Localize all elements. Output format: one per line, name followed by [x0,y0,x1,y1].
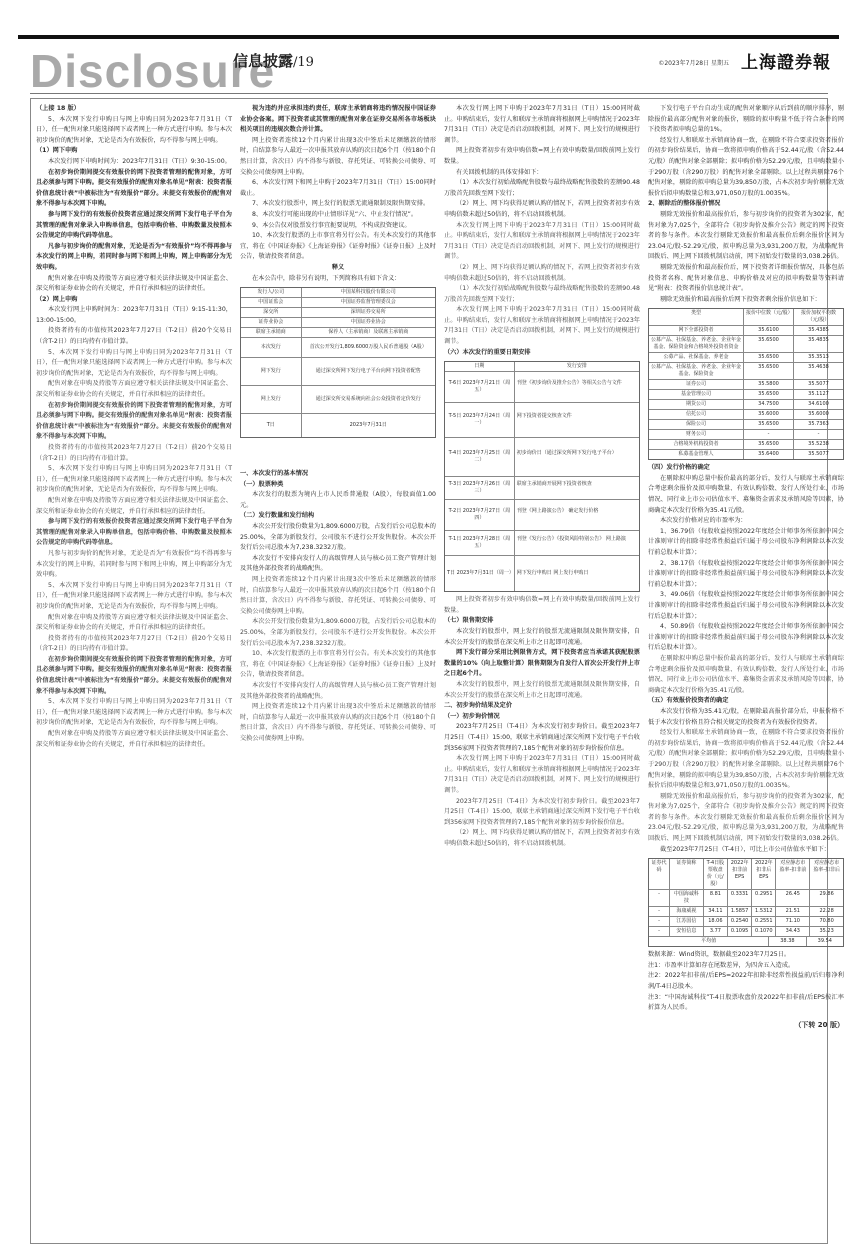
table-note: 注3：“中国海诚科技”T-4日股票收盘价及2022年扣非前/后EPS按汇率折算为… [648,993,844,1014]
paragraph: 本次发行价格对应的市盈率为： [648,516,844,527]
subheading: （五）有效报价投资者的确定 [648,696,844,707]
paragraph: 配售对象在申购及持股等方面应遵守相关法律法规及中国证监会、深交所和证券业协会的有… [36,379,232,400]
paragraph: 本次发行的股票为境内上市人民币普通股（A股），每股面值1.00元。 [240,490,436,511]
paragraph: 剔除无效报价和最高报价后，参与初步询价的投资者为302家，配售对象为7,025个… [648,210,844,263]
table-row: -中国海诚科技8.810.33310.295126.4529.86 [649,890,843,907]
paragraph-bold: 在初步询价期间提交有效报价的网下投资者管理的配售对象，方可且必须参与网下申购。提… [36,655,232,697]
paragraph: 有关回拨机制的具体安排如下： [444,168,640,179]
paragraph: 配售对象在申购及持股等方面应遵守相关法律法规及中国证监会、深交所和证券业协会的有… [36,729,232,750]
paragraph: 10、本次发行股票的上市事宜将另行公告。有关本次发行的其他事宜，将在《中国证券报… [240,231,436,263]
newspaper-name: 上海證券報 [741,48,831,73]
table-row: -安恒信息3.770.10950.107034.4335.23 [649,927,843,937]
paragraph: 本次发行网上网下申购于2023年7月31日（T日）15:00同时截止。申购结束后… [444,221,640,263]
column-3: 本次发行网上网下申购于2023年7月31日（T日）15:00同时截止。申购结束后… [444,104,640,850]
table-row: 公募产品、社保基金、养老金、企业年金基金、保险资金35.650035.4638 [649,363,843,380]
table-row: T-1日 2023年7月28日（周五）刊登《发行公告》《投资风险特别公告》 网上… [445,531,639,556]
paragraph: 投资者持有的市值按其2023年7月27日（T-2日）前20个交易日（含T-2日）… [36,443,232,464]
paragraph: 5、本次网下发行申购日与网上申购日同为2023年7月31日（T日），任一配售对象… [36,348,232,380]
paragraph: 本次发行的股票中，网上发行的股票无流通限制及限售期安排，自本次公开发行的股票在深… [444,680,640,701]
paragraph: 网上投资者连续12个月内累计出现3次中签后未足额缴款的情形时，自结算参与人最近一… [240,575,436,617]
paragraph: 截至2023年7月25日（T-4日），可比上市公司估值水平如下： [648,845,844,856]
continued-to: （下转 20 版） [648,1020,844,1031]
table-row: 本次发行首次公开发行1,809.6000万股人民币普通股（A股） [241,338,435,358]
paragraph: 本次发行网上申购时间为：2023年7月31日（T日）9:15-11:30，13:… [36,305,232,326]
table-row-average: 平均值38.3839.54 [649,937,843,946]
column-1: （上接 18 版） 5、本次网下发行申购日与网上申购日同为2023年7月31日（… [36,104,232,750]
paragraph-bold: 凡参与初步询价的配售对象，无论是否为“有效报价”均不得再参与本次发行的网上申购，… [36,242,232,274]
schedule-table: 日期发行安排 T-6日 2023年7月21日（周五）刊登《初步询价及推介公告》等… [444,361,640,592]
paragraph: 网上投资者初步有效申购倍数=网上有效申购数量/回拨前网上发行数量。 [444,595,640,616]
paragraph: 本次发行的股票中，网上发行的股票无流通限制及限售期安排，自本次公开发行的股票在深… [444,627,640,648]
paragraph: 8、本次发行可能出现的中止情形详见“六、中止发行情况”。 [240,210,436,221]
paragraph-bold: 参与网下发行的有效报价投资者应通过深交所网下发行电子平台为其管理的配售对象录入申… [36,210,232,242]
table-row: 财务公司-- [649,430,843,440]
paragraph: 配售对象在申购及持股等方面应遵守相关法律法规及中国证监会、深交所和证券业协会的有… [36,274,232,295]
subheading: （二）发行数量和发行结构 [240,511,436,522]
paragraph: 凡参与初步询价的配售对象，无论是否为“有效报价”均不得再参与本次发行的网上申购，… [36,549,232,581]
table-header: 类型报价中位数（元/股）报价加权平均数（元/股） [649,309,843,326]
paragraph: （1）本次发行初始战略配售股数与最终战略配售股数的差额90.48万股首先回拨至网… [444,178,640,199]
paragraph: 1、36.79倍（每股收益按照2022年度经会计师事务所依据中国会计准则审计的扣… [648,527,844,559]
table-row: 期货公司34.750034.6100 [649,400,843,410]
paragraph: 网上投资者连续12个月内累计出现3次中签后未足额缴款的情形时，自结算参与人最近一… [240,702,436,744]
paragraph: 投资者持有的市值按其2023年7月27日（T-2日）前20个交易日（含T-2日）… [36,634,232,655]
paragraph: 本次公开发行股份数量为1,809.6000万股，占发行后公司总股本的25.00%… [240,522,436,554]
subheading: （四）发行价格的确定 [648,463,844,474]
table-row: 网下发行通过深交所网下发行电子平台向网下投资者配售 [241,358,435,386]
subheading: 2、剔除后的整体报价情况 [648,199,844,210]
paragraph: 本次发行价格为35.41元/股，在剔除最高报价部分后，申报价格不低于本次发行价格… [648,707,844,728]
paragraph: 9、本公告仅对股票发行事宜扼要说明，不构成投资建议。 [240,221,436,232]
paragraph: 5、本次网下发行申购日与网上申购日同为2023年7月31日（T日），任一配售对象… [36,464,232,496]
table-row: 公募产品、社保基金、养老金35.650035.3513 [649,353,843,363]
paragraph: 10、本次发行股票的上市事宜将另行公告。有关本次发行的其他事宜，将在《中国证券报… [240,649,436,681]
table-row: 网上发行通过深交所交易系统向社会公众投资者定价发行 [241,386,435,414]
table-header: 证券代码 证券简称 T-4日股票收盘价（元/股） 2022年扣非前EPS 202… [649,859,843,890]
table-row: T日 2023年7月31日（周一）网下发行申购日 网上发行申购日 [445,556,639,591]
table-row: 私募基金管理人35.640035.5077 [649,450,843,459]
table-row: 证券业协会中国证券业协会 [241,318,435,328]
table-row: T-6日 2023年7月21日（周五）刊登《初步询价及推介公告》等相关公告与文件 [445,372,639,403]
paragraph-bold: 参与网下发行的有效报价投资者应通过深交所网下发行电子平台为其管理的配售对象录入申… [36,517,232,549]
subheading: （1）网下申购 [36,146,232,157]
subheading: （一）股票种类 [240,480,436,491]
paragraph: 本次发行网上网下申购于2023年7月31日（T日）15:00同时截止。申购结束后… [444,305,640,347]
paragraph: 4、50.89倍（每股收益按照2022年度经会计师事务所依据中国会计准则审计的扣… [648,622,844,654]
paragraph: 下发行电子平台自动生成的配售对象顺序从后到前的顺序排序，剔除报价最高部分配售对象… [648,104,844,136]
paragraph: 在剔除拟申购总量中报价最高的部分后，发行人与联席主承销商综合考虑剩余报价及拟申购… [648,654,844,696]
table-row: -江苏国信18.060.25400.255171.1070.80 [649,917,843,927]
table-header: 日期发行安排 [445,362,639,372]
table-row: 公募产品、社保基金、养老金、企业年金基金、保险资金和合格境外投资者资金35.65… [649,336,843,353]
paragraph: （2）网上、网下均获得足额认购的情况下，若网上投资者初步有效申购倍数未超过50倍… [444,199,640,220]
table-row: 中国证监会中国证券监督管理委员会 [241,298,435,308]
paragraph-bold: 网下发行部分采用比例限售方式，网下投资者应当承诺其获配股票数量的10%（向上取整… [444,648,640,680]
definitions-title: 释义 [240,263,436,274]
paragraph: 剔除无效报价和最高报价后网下投资者剩余报价信息如下： [648,295,844,306]
paragraph: 3、49.06倍（每股收益按照2022年度经会计师事务所依据中国会计准则审计的扣… [648,590,844,622]
paragraph: 网上投资者初步有效申购倍数=网上有效申购数量/回拨前网上发行数量。 [444,146,640,167]
paragraph: （2）网上、网下均获得足额认购的情况下，若网上投资者初步有效申购倍数未超过50倍… [444,828,640,849]
paragraph: 经发行人和联席主承销商协商一致，在剔除不符合要求投资者报价的初步询价结果后，协商… [648,728,844,792]
paragraph: 7、本次发行股票中，网上发行的股票无流通限制及限售期安排。 [240,199,436,210]
table-row: T-4日 2023年7月25日（周二）初步询价日（通过深交所网下发行电子平台） [445,438,639,477]
column-4: 下发行电子平台自动生成的配售对象顺序从后到前的顺序排序，剔除报价最高部分配售对象… [648,104,844,1030]
paragraph: 6、本次发行网下和网上申购于2023年7月31日（T日）15:00同时截止。 [240,178,436,199]
paragraph: 本次公开发行股份数量为1,809.6000万股，占发行后公司总股本的25.00%… [240,617,436,649]
table-note: 注2：2022年扣非前/后EPS=2022年扣除非经常性损益前/后归母净利润/T… [648,971,844,992]
definitions-intro: 在本公告中，除非另有说明，下列简称具有如下含义： [240,274,436,285]
comparable-companies-table: 证券代码 证券简称 T-4日股票收盘价（元/股） 2022年扣非前EPS 202… [648,858,844,947]
definitions-table: 发行人/公司中国某科技股份有限公司 中国证监会中国证券监督管理委员会 深交所深圳… [240,287,436,438]
table-row: 基金管理公司35.650035.1127 [649,390,843,400]
paragraph: 2023年7月25日（T-4日）为本次发行初步询价日。截至2023年7月25日（… [444,722,640,754]
paragraph: 投资者持有的市值按其2023年7月27日（T-2日）前20个交易日（含T-2日）… [36,326,232,347]
paragraph: 本次发行网上网下申购于2023年7月31日（T日）15:00同时截止。申购结束后… [444,104,640,146]
table-row: 发行人/公司中国某科技股份有限公司 [241,288,435,298]
page-number: /19 [293,55,314,70]
table-row: 联席主承销商保荐人（主承销商）及联席主承销商 [241,328,435,338]
masthead-top-rule [18,35,839,39]
table-row: T-3日 2023年7月26日（周三）联席主承销商开展网下投资者核查 [445,477,639,500]
paragraph: 2、38.17倍（每股收益按照2022年度经会计师事务所依据中国会计准则审计的扣… [648,559,844,591]
quote-summary-table: 类型报价中位数（元/股）报价加权平均数（元/股） 网下全部投资者35.61003… [648,308,844,460]
masthead-bottom-rule [30,93,828,94]
masthead: Disclosure 信息披露/19 ©2023年7月28日 星期五 上海證券報 [18,40,839,92]
paragraph: （2）网上、网下均获得足额认购的情况下，若网上投资者初步有效申购倍数未超过50倍… [444,263,640,284]
paragraph: 2023年7月25日（T-4日）为本次发行初步询价日。截至2023年7月25日（… [444,797,640,829]
table-row: T-2日 2023年7月27日（周四）刊登《网上路演公告》 确定发行价格 [445,500,639,531]
table-row: T日2023年7月31日 [241,414,435,437]
table-row: 信托公司35.600035.6000 [649,410,843,420]
section-heading: 一、本次发行的基本情况 [240,469,436,480]
table-row: 合格境外机构投资者35.650035.5238 [649,440,843,450]
paragraph: 5、本次网下发行申购日与网上申购日同为2023年7月31日（T日），任一配售对象… [36,115,232,147]
section-heading: 二、初步询价结果及定价 [444,701,640,712]
table-row: 深交所深圳证券交易所 [241,308,435,318]
paragraph: 5、本次网下发行申购日与网上申购日同为2023年7月31日（T日），任一配售对象… [36,581,232,613]
paragraph: 本次发行网下申购时间为：2023年7月31日（T日）9:30-15:00。 [36,157,232,168]
paragraph: 经发行人和联席主承销商协商一致，在剔除不符合要求投资者报价的初步询价结果后，协商… [648,136,844,200]
column-2: 视为违约并应承担违约责任，联席主承销商将违约情况报中国证券业协会备案。网下投资者… [240,104,436,745]
table-note: 注1：市盈率计算如存在尾数差异，为四舍五入造成。 [648,961,844,972]
subheading: （2）网上申购 [36,295,232,306]
section-title: 信息披露/19 [233,50,314,71]
paragraph: 本次发行不安排向发行人的高级管理人员与核心员工资产管理计划及其他外部投资者的战略… [240,554,436,575]
paragraph: 网上投资者连续12个月内累计出现3次中签后未足额缴款的情形时，自结算参与人最近一… [240,136,436,178]
paragraph: 本次发行不安排向发行人的高级管理人员与核心员工资产管理计划及其他外部投资者的战略… [240,681,436,702]
paragraph: 本次发行网上网下申购于2023年7月31日（T日）15:00同时截止。申购结束后… [444,754,640,796]
table-spacer [240,441,436,469]
paragraph: 配售对象在申购及持股等方面应遵守相关法律法规及中国证监会、深交所和证券业协会的有… [36,496,232,517]
paragraph: 配售对象在申购及持股等方面应遵守相关法律法规及中国证监会、深交所和证券业协会的有… [36,613,232,634]
schedule-title: （六）本次发行的重要日期安排 [444,348,640,359]
table-row: T-5日 2023年7月24日（周一）网下投资者提交核查文件 [445,403,639,438]
paragraph: 剔除无效报价和最高报价后，参与初步询价的投资者为302家，配售对象为7,025个… [648,792,844,845]
paragraph-bold: 在初步询价期间提交有效报价的网下投资者管理的配售对象，方可且必须参与网下申购。提… [36,168,232,210]
continued-from: （上接 18 版） [36,104,232,115]
paragraph-bold: 在初步询价期间提交有效报价的网下投资者管理的配售对象，方可且必须参与网下申购。提… [36,401,232,443]
table-row: -海康威视34.111.58571.531221.5122.28 [649,907,843,917]
table-note: 数据来源：Wind资讯，数据截至2023年7月25日。 [648,950,844,961]
table-row: 证券公司35.580035.5077 [649,380,843,390]
table-row: 保险公司35.650035.7363 [649,420,843,430]
subheading: （七）限售期安排 [444,616,640,627]
subheading: （一）初步询价情况 [444,712,640,723]
paragraph: 在剔除拟申购总量中报价最高的部分后，发行人与联席主承销商综合考虑剩余报价及拟申购… [648,474,844,516]
paragraph: （1）本次发行初始战略配售股数与最终战略配售股数的差额90.48万股首先回拨至网… [444,284,640,305]
table-row: 网下全部投资者35.610035.4385 [649,326,843,336]
dateline: ©2023年7月28日 星期五 [658,58,729,67]
paragraph: 5、本次网下发行申购日与网上申购日同为2023年7月31日（T日），任一配售对象… [36,697,232,729]
paragraph: 剔除无效报价和最高报价后，网下投资者详细报价情况，具体包括投资者名称、配售对象信… [648,263,844,295]
paragraph-bold: 视为违约并应承担违约责任，联席主承销商将违约情况报中国证券业协会备案。网下投资者… [240,104,436,136]
